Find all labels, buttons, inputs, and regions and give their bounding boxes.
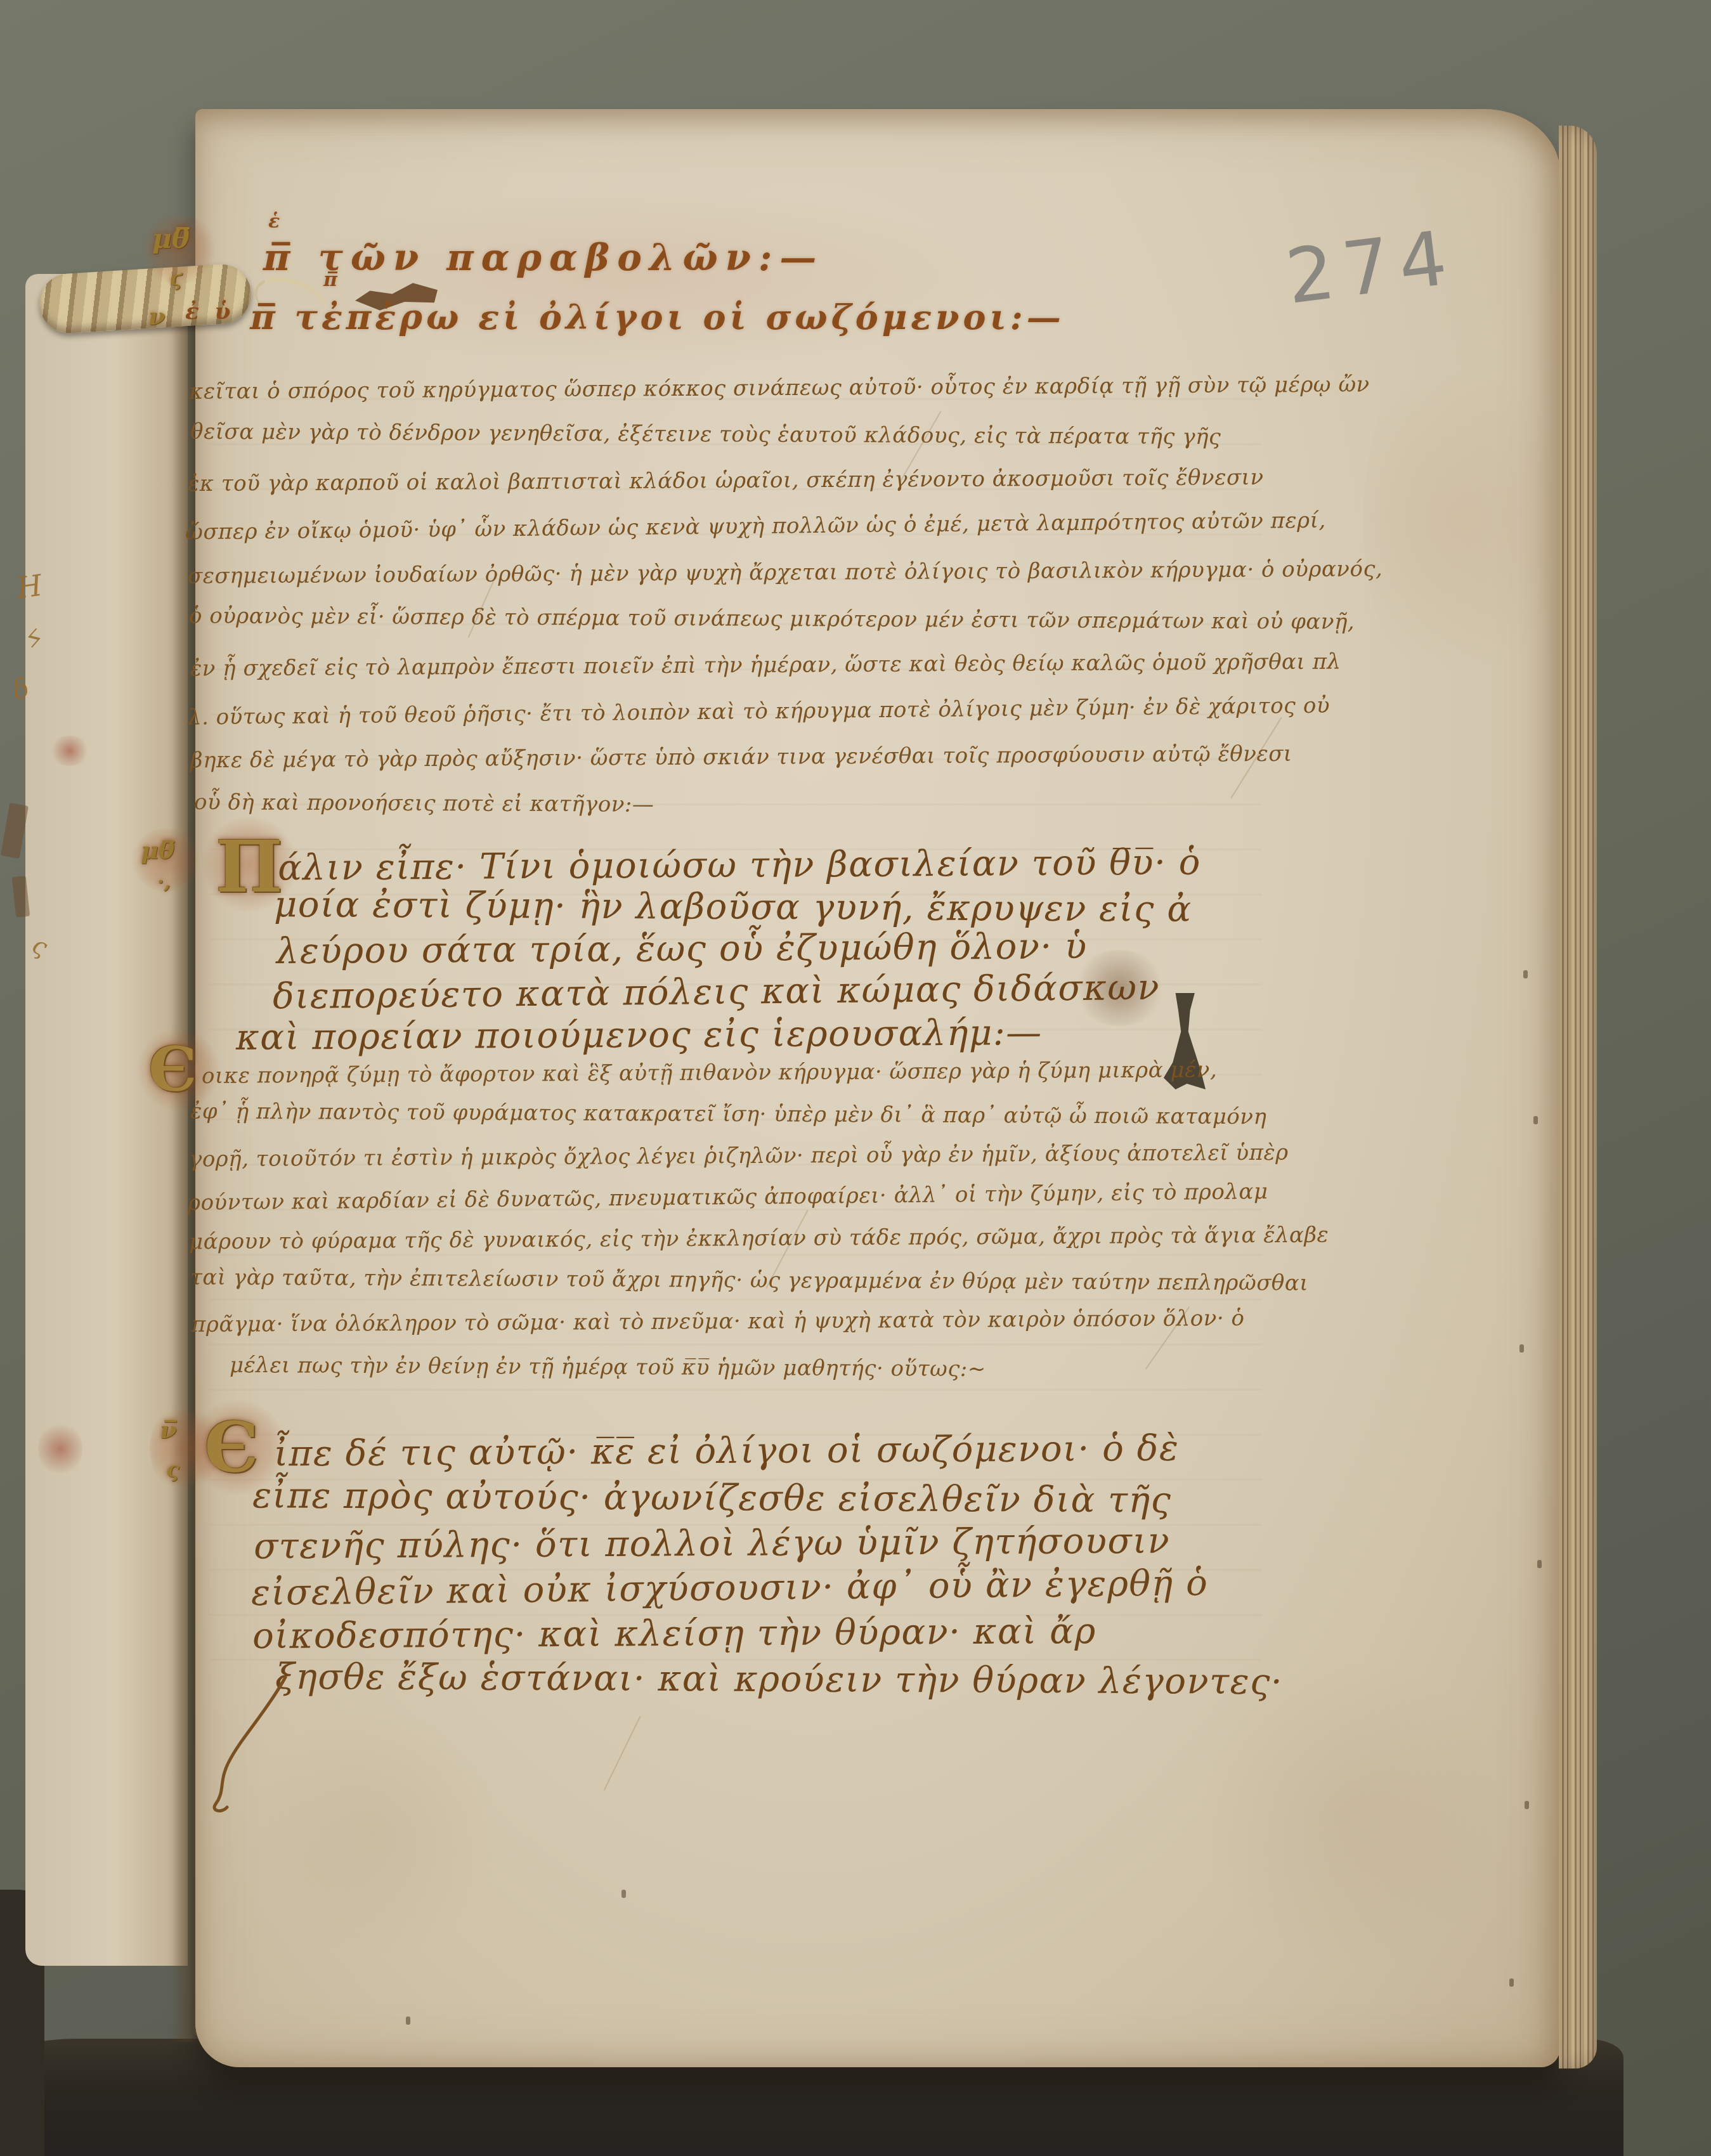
commentary-line: θεῖσα μὲν γὰρ τὸ δένδρον γενηθεῖσα, ἐξέτ… <box>190 419 1221 450</box>
red-smudge <box>38 1420 82 1477</box>
gold-initial-epsilon: Є <box>148 1034 197 1105</box>
worm-speck <box>1525 1801 1529 1809</box>
gospel-line: ξησθε ἔξω ἑστάναι· καὶ κρούειν τὴν θύραν… <box>275 1656 1284 1703</box>
worm-speck <box>1519 1344 1524 1353</box>
worm-speck <box>1509 1978 1514 1987</box>
margin-chapter-number: ν <box>148 302 165 330</box>
gospel-line: στενῆς πύλης· ὅτι πολλοὶ λέγω ὑμῖν ζητήσ… <box>254 1521 1171 1568</box>
stain <box>241 1712 507 1953</box>
stain <box>1205 1649 1497 1978</box>
gospel-line: ἶπε δέ τις αὐτῷ· κ̅ε̅ εἰ ὀλίγοι οἱ σωζόμ… <box>274 1428 1180 1475</box>
chapter-title-few-saved: ἐ ὑ π̅ π̅ τἐπἐρω εἰ ὀλίγοι οἱ σωζόμενοι:… <box>185 297 1065 337</box>
title-prefix: ἐ ὑ <box>185 298 234 325</box>
worm-speck <box>1533 1116 1538 1124</box>
fore-edge-leaf-stack <box>1559 126 1597 2068</box>
speck <box>621 1890 626 1898</box>
gold-initial-pi: Π <box>216 826 283 909</box>
gospel-line: εἶπε πρὸς αὐτούς· ἀγωνίζεσθε εἰσελθεῖν δ… <box>252 1475 1172 1521</box>
edge-scribble: Η <box>14 568 44 605</box>
margin-chapter-number: ν̅ <box>160 1415 176 1444</box>
stain-heading-area <box>273 190 1002 368</box>
chapter-title-parables: ἑ π̅ τῶν παραβολῶν:— <box>263 236 824 279</box>
gospel-line: μοία ἐστὶ ζύμῃ· ἣν λαβοῦσα γυνή, ἔκρυψεν… <box>274 884 1192 930</box>
gospel-line: άλιν εἶπε· Τίνι ὁμοιώσω τὴν βασιλείαν το… <box>278 842 1201 889</box>
gold-initial-epsilon: Є <box>204 1408 259 1488</box>
margin-chapter-number: μθ̅ <box>141 836 174 864</box>
margin-chapter-number: μθ̅ <box>152 223 190 254</box>
manuscript-photograph: Η ϟ δ ς 274 μθ̅ ϛ ν ἑ π̅ τῶν παραβολῶν:—… <box>0 0 1711 2156</box>
gospel-line: καὶ πορείαν ποιούμενος εἰς ἱερουσαλήμ:— <box>236 1012 1043 1058</box>
worm-speck <box>1537 1560 1542 1568</box>
red-smudge <box>49 736 90 766</box>
ink-offset-mark <box>1 803 29 859</box>
stain <box>1363 330 1554 710</box>
title-superscript: ἑ <box>268 211 287 233</box>
margin-chapter-sub: ϛ <box>170 266 182 290</box>
facing-page-edge <box>25 274 188 1966</box>
worm-speck <box>1523 970 1528 978</box>
margin-dots: ·, <box>157 871 171 893</box>
margin-chapter-sub: ς <box>166 1457 179 1483</box>
title-superscript: π̅ <box>323 269 341 291</box>
gospel-line: λεύρου σάτα τρία, ἕως οὗ ἐζυμώθη ὅλον· ὑ <box>276 926 1088 972</box>
commentary-line: οὗ δὴ καὶ προνοήσεις ποτὲ εἰ κατῆγον:— <box>194 789 654 817</box>
commentary-line: μέλει πως τὴν ἐν θείνῃ ἐν τῇ ἡμέρᾳ τοῦ κ… <box>230 1353 986 1382</box>
gospel-line: οἰκοδεσπότης· καὶ κλείσῃ τὴν θύραν· καὶ … <box>252 1611 1096 1657</box>
ink-blot <box>1072 950 1167 1026</box>
worm-speck <box>406 2016 410 2025</box>
